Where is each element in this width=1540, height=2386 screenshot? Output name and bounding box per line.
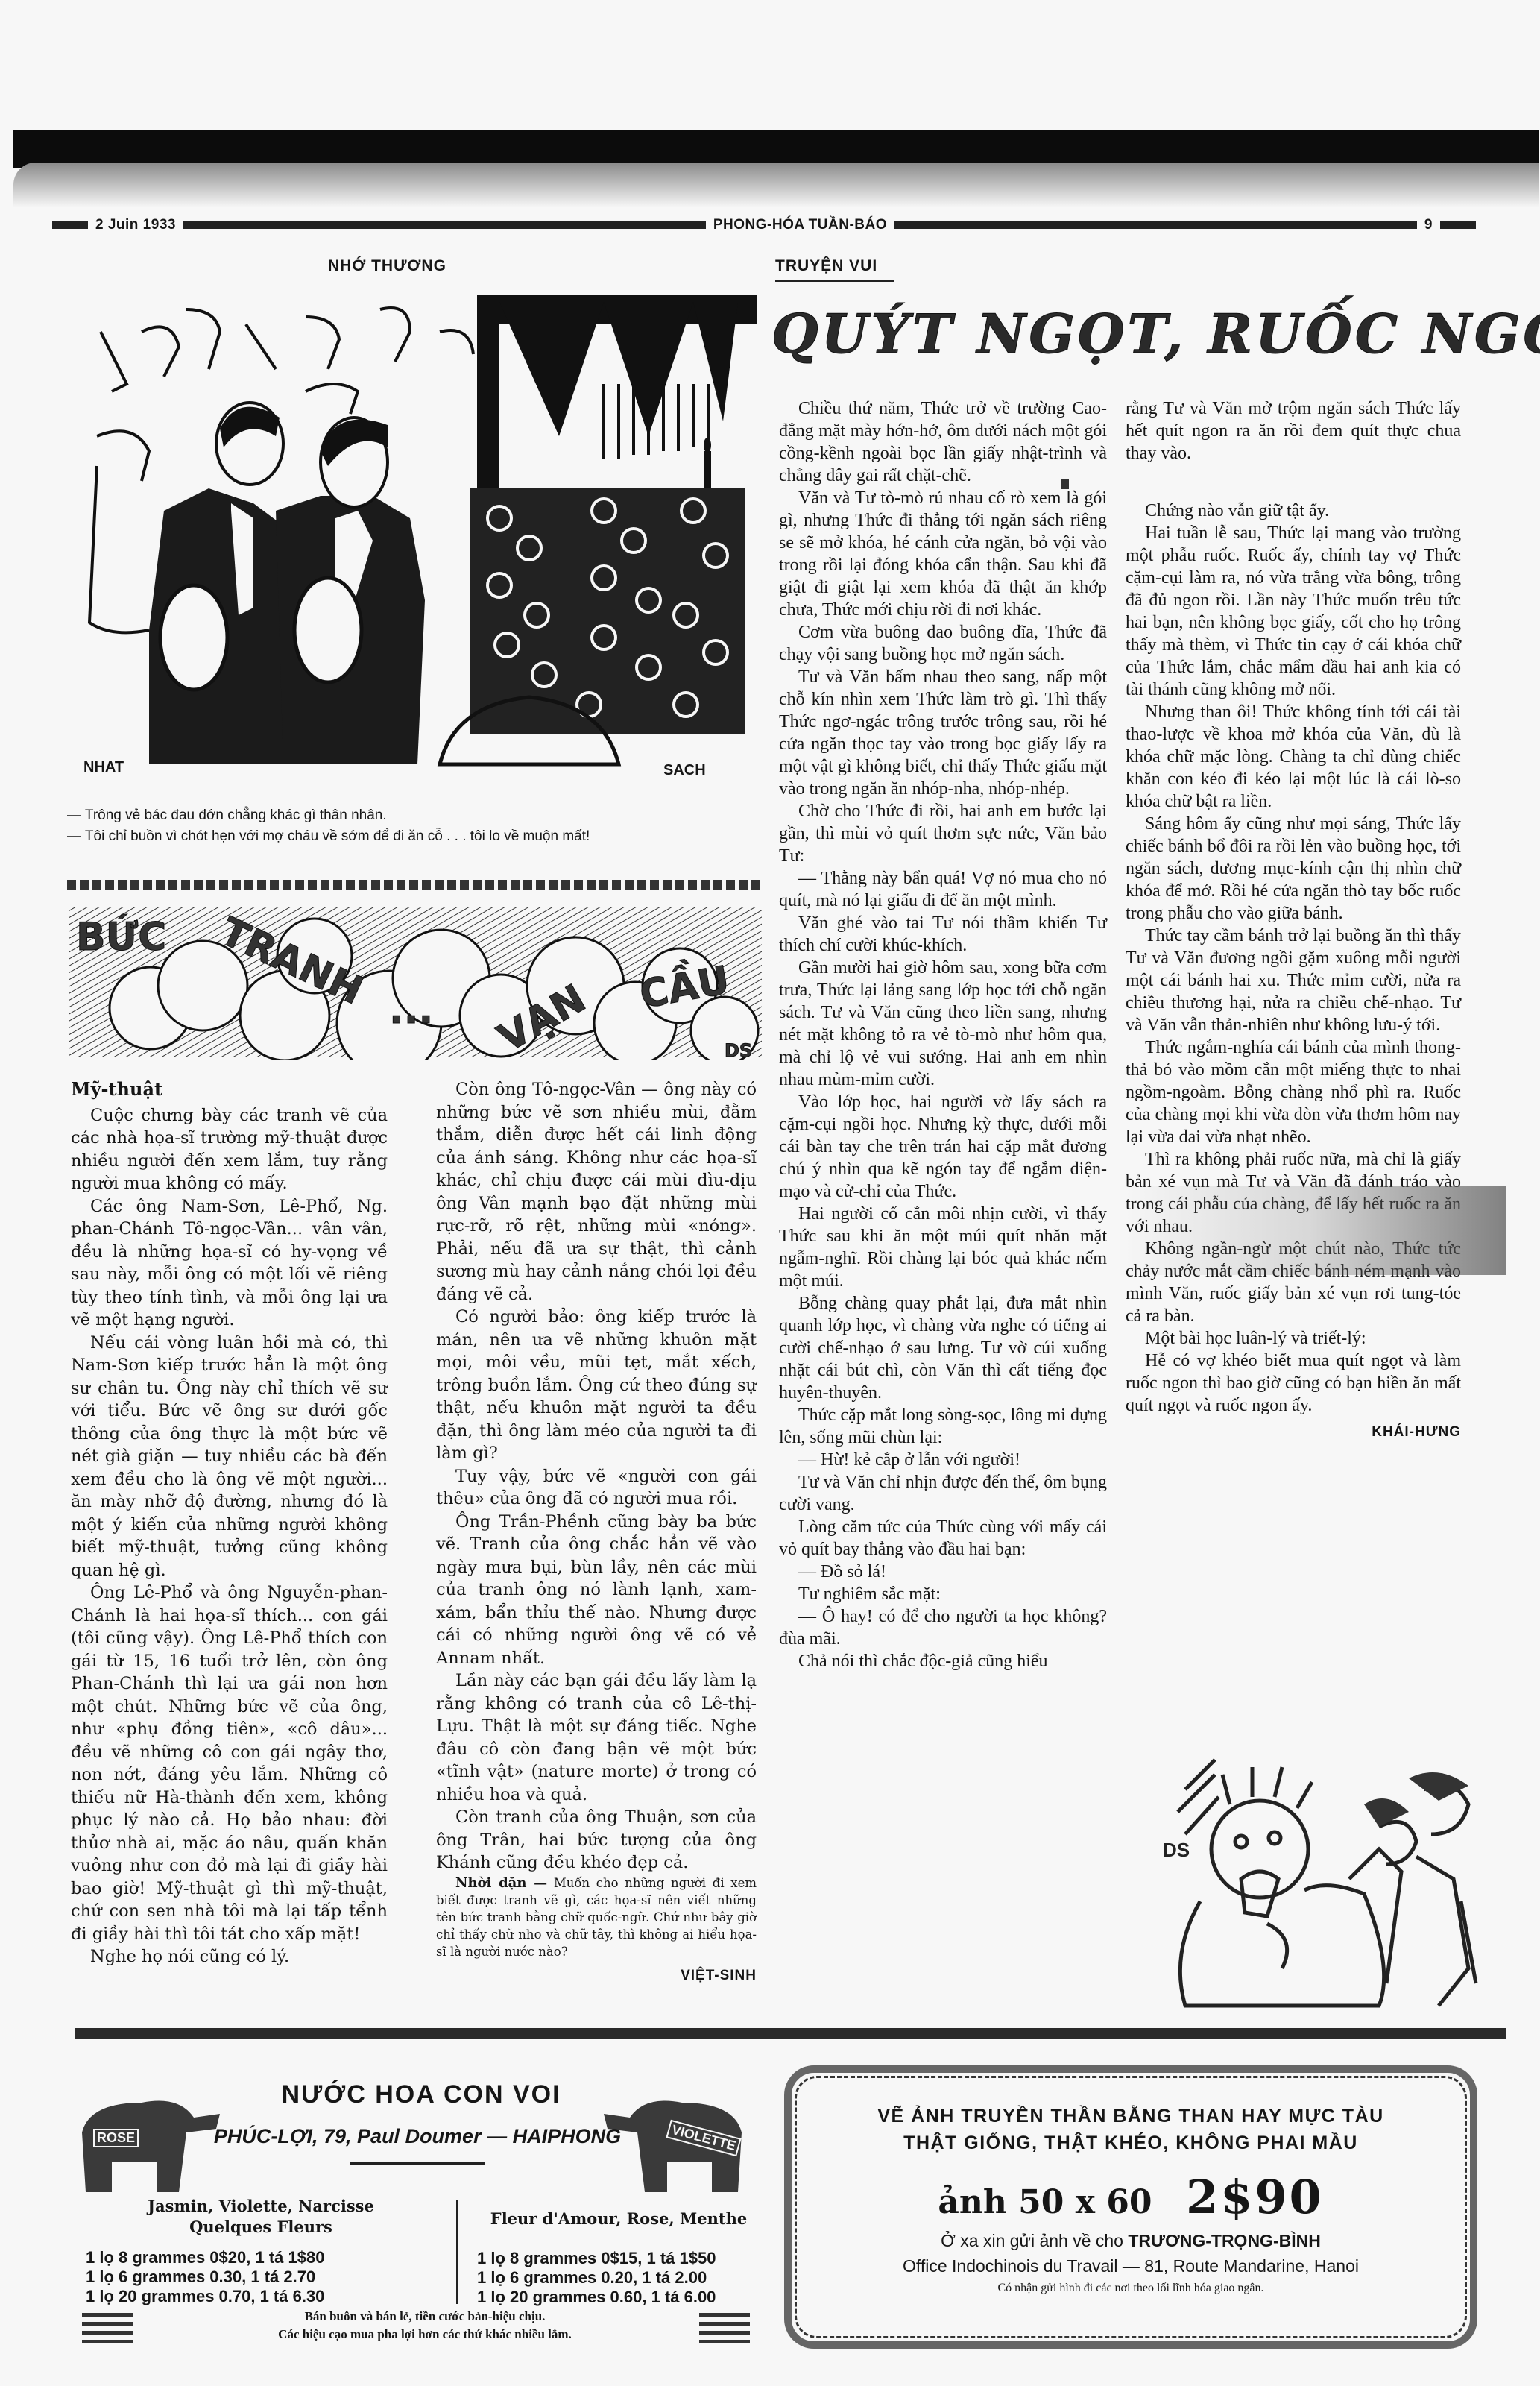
paragraph: Hễ có vợ khéo biết mua quít ngọt và làm … bbox=[1126, 1350, 1461, 1417]
portrait-price: 2$90 bbox=[1186, 2170, 1324, 2224]
art-article-column-2: Còn ông Tô-ngọc-Vân — ông này có những b… bbox=[436, 1078, 757, 1987]
contact-address: Office Indochinois du Travail — 81, Rout… bbox=[792, 2253, 1470, 2279]
story-kicker: TRUYỆN VUI bbox=[775, 257, 877, 275]
paragraph: Chứng nào vẫn giữ tật ấy. bbox=[1126, 500, 1461, 522]
scan-smudge bbox=[1118, 1186, 1506, 1275]
paragraph: Lòng căm tức của Thức cùng với mấy cái v… bbox=[779, 1516, 1107, 1561]
footer-line: Bán buôn và bán lẻ, tiền cước bản-hiệu c… bbox=[253, 2308, 596, 2326]
paragraph: — Đồ sỏ lá! bbox=[779, 1561, 1107, 1583]
perfume-ad-title: NƯỚC HOA CON VOI bbox=[261, 2080, 581, 2109]
header-rule-left bbox=[52, 221, 88, 229]
price-line: 1 lọ 20 grammes 0.70, 1 tá 6.30 bbox=[86, 2287, 436, 2306]
price-line: 1 lọ 20 grammes 0.60, 1 tá 6.00 bbox=[477, 2288, 760, 2307]
paragraph: Tuy vậy, bức vẽ «người con gái thêu» của… bbox=[436, 1465, 757, 1511]
banner-signature: DS bbox=[725, 1040, 752, 1060]
paragraph: Vào lớp học, hai người vờ lấy sách ra cặ… bbox=[779, 1091, 1107, 1203]
paragraph: Còn tranh của ông Thuận, sơn của ông Trâ… bbox=[436, 1806, 757, 1875]
perfume-prices-left: Jasmin, Violette, Narcisse Quelques Fleu… bbox=[86, 2196, 436, 2306]
perfume-advertisement: ROSE VIOLETTE NƯỚC HOA CON VOI PHÚC-LỢI,… bbox=[75, 2043, 760, 2341]
paragraph-continuation: rằng Tư và Văn mở trộm ngăn sách Thức lấ… bbox=[1126, 397, 1461, 465]
section-title: Mỹ-thuật bbox=[71, 1078, 388, 1101]
elephant-rose-icon: ROSE bbox=[75, 2088, 224, 2200]
paragraph: — Thằng này bẩn quá! Vợ nó mua cho nó qu… bbox=[779, 867, 1107, 912]
editor-note: Nhời dặn — Muốn cho những người đi xem b… bbox=[436, 1875, 757, 1960]
art-article-banner: BỨC TRANH ... VẠN CẦU DS bbox=[69, 904, 762, 1060]
cartoon-drawing bbox=[82, 287, 757, 779]
cartoon-kicker: NHỚ THƯƠNG bbox=[328, 257, 446, 275]
paragraph: Bỗng chàng quay phắt lại, đưa mắt nhìn q… bbox=[779, 1292, 1107, 1404]
story-column-1: Chiều thứ năm, Thức trở về trường Cao-đẳ… bbox=[779, 397, 1107, 1672]
decorative-bars bbox=[82, 2313, 133, 2343]
portrait-size: ảnh 50 x 60 bbox=[938, 2183, 1152, 2221]
paragraph: Các ông Nam-Sơn, Lê-Phổ, Ng. phan-Chánh … bbox=[71, 1195, 388, 1332]
ad-title-underline bbox=[350, 2162, 485, 2165]
paragraph: Một bài học luân-lý và triết-lý: bbox=[1126, 1327, 1461, 1350]
paragraph: Tư nghiêm sắc mặt: bbox=[779, 1583, 1107, 1605]
portrait-advertisement: VẼ ẢNH TRUYỀN THẦN BẰNG THAN HAY MỰC TÀU… bbox=[784, 2065, 1477, 2349]
caption-line: — Tôi chỉ buồn vì chót hẹn với mợ cháu v… bbox=[67, 826, 760, 847]
elephant-tag-rose: ROSE bbox=[93, 2129, 139, 2147]
issue-date: 2 Juin 1933 bbox=[95, 217, 176, 233]
paragraph: Chả nói thì chắc độc-giả cũng hiểu bbox=[779, 1650, 1107, 1672]
kicker-underline bbox=[775, 280, 894, 282]
paragraph: Cơm vừa buông dao buông dĩa, Thức đã chạ… bbox=[779, 621, 1107, 666]
cloud-banner-illustration: BỨC TRANH ... VẠN CẦU DS bbox=[69, 904, 762, 1060]
author-signature: VIỆT-SINH bbox=[436, 1965, 757, 1988]
banner-word: BỨC bbox=[76, 913, 166, 960]
publication-name: PHONG-HÓA TUẦN-BÁO bbox=[713, 217, 887, 233]
paragraph: Tư và Văn chỉ nhịn được đến thế, ôm bụng… bbox=[779, 1471, 1107, 1516]
decorative-bars bbox=[699, 2313, 750, 2343]
headline-line: THẬT GIỐNG, THẬT KHÉO, KHÔNG PHAI MẦU bbox=[792, 2130, 1470, 2156]
newspaper-page: 2 Juin 1933 PHONG-HÓA TUẦN-BÁO 9 NHỚ THƯ… bbox=[0, 0, 1540, 2386]
portrait-contact: Ở xa xin gửi ảnh về cho TRƯƠNG-TRỌNG-BÌN… bbox=[792, 2228, 1470, 2279]
cartoonist-signature-right: SACH bbox=[663, 762, 706, 779]
paragraph: Văn và Tư tò-mò rủ nhau cố rò xem là gói… bbox=[779, 487, 1107, 621]
running-header: 2 Juin 1933 PHONG-HÓA TUẦN-BÁO 9 bbox=[45, 214, 1483, 236]
paragraph: Tư và Văn bấm nhau theo sang, nấp một ch… bbox=[779, 666, 1107, 800]
mourning-cartoon-illustration bbox=[82, 287, 757, 779]
paragraph: Cuộc chưng bày các tranh vẽ của các nhà … bbox=[71, 1104, 388, 1195]
contact-prefix: Ở xa xin gửi ảnh về cho bbox=[941, 2231, 1123, 2250]
paragraph: Chiều thứ năm, Thức trở về trường Cao-đẳ… bbox=[779, 397, 1107, 487]
portrait-price-row: ảnh 50 x 60 2$90 bbox=[792, 2170, 1470, 2224]
paragraph: Hai tuần lễ sau, Thức lại mang vào trườn… bbox=[1126, 522, 1461, 701]
cartoon-caption: — Trông vẻ bác đau đớn chẳng khác gì thâ… bbox=[67, 805, 760, 847]
paragraph: — Hừ! kẻ cắp ở lẫn với người! bbox=[779, 1449, 1107, 1471]
section-break-ornament bbox=[1061, 479, 1069, 489]
paragraph: Gần mười hai giờ hôm sau, xong bữa cơm t… bbox=[779, 957, 1107, 1091]
paragraph: Văn ghé vào tai Tư nói thầm khiến Tư thí… bbox=[779, 912, 1107, 957]
story-column-2: rằng Tư và Văn mở trộm ngăn sách Thức lấ… bbox=[1126, 397, 1461, 465]
cartoonist-signature-left: NHAT bbox=[83, 759, 124, 776]
paragraph: Nếu cái vòng luân hồi mà có, thì Nam-Sơn… bbox=[71, 1332, 388, 1582]
paragraph: Chờ cho Thức đi rồi, hai anh em bước lại… bbox=[779, 800, 1107, 867]
header-rule bbox=[894, 221, 1417, 229]
price-line: 1 lọ 6 grammes 0.20, 1 tá 2.00 bbox=[477, 2268, 760, 2288]
ads-divider bbox=[75, 2028, 1506, 2039]
perfume-prices-right: Fleur d'Amour, Rose, Menthe 1 lọ 8 gramm… bbox=[477, 2209, 760, 2307]
page-number: 9 bbox=[1424, 217, 1433, 233]
price-line: 1 lọ 8 grammes 0$15, 1 tá 1$50 bbox=[477, 2249, 760, 2268]
story-title: QUÝT NGỌT, RUỐC NGON bbox=[771, 302, 1480, 384]
scent-list: Quelques Fleurs bbox=[86, 2217, 436, 2238]
contact-name: TRƯƠNG-TRỌNG-BÌNH bbox=[1128, 2231, 1320, 2250]
footer-line: Các hiệu cạo mua pha lợi hơn các thứ khá… bbox=[253, 2326, 596, 2343]
paragraph: Nhưng than ôi! Thức không tính tới cái t… bbox=[1126, 701, 1461, 813]
art-article-column-1: Mỹ-thuật Cuộc chưng bày các tranh vẽ của… bbox=[71, 1078, 388, 1968]
author-signature: KHÁI-HƯNG bbox=[1126, 1421, 1461, 1444]
paragraph: Thức ngắm-nghía cái bánh của mình thong-… bbox=[1126, 1036, 1461, 1148]
portrait-ad-note: Có nhận gửi hình đi các nơi theo lối lĩn… bbox=[792, 2282, 1470, 2295]
cartoon-signature: DS bbox=[1163, 1839, 1190, 1861]
paragraph: Có người bảo: ông kiếp trước là mán, nên… bbox=[436, 1306, 757, 1465]
paragraph: Ông Lê-Phổ và ông Nguyễn-phan-Chánh là h… bbox=[71, 1581, 388, 1945]
paragraph: Sáng hôm ấy cũng như mọi sáng, Thức lấy … bbox=[1126, 813, 1461, 925]
paragraph: Còn ông Tô-ngọc-Vân — ông này có những b… bbox=[436, 1078, 757, 1306]
paragraph: Thức tay cầm bánh trở lại buồng ăn thì t… bbox=[1126, 925, 1461, 1036]
banner-word: ... bbox=[389, 988, 433, 1033]
header-rule bbox=[183, 221, 706, 229]
story-column-2b: Chứng nào vẫn giữ tật ấy. Hai tuần lễ sa… bbox=[1126, 500, 1461, 1444]
caption-line: — Trông vẻ bác đau đớn chẳng khác gì thâ… bbox=[67, 805, 760, 826]
price-line: 1 lọ 8 grammes 0$20, 1 tá 1$80 bbox=[86, 2248, 436, 2267]
paragraph: Thức cặp mắt long sòng-sọc, lông mi dựng… bbox=[779, 1404, 1107, 1449]
ornamental-divider bbox=[67, 880, 760, 890]
headline-line: VẼ ẢNH TRUYỀN THẦN BẰNG THAN HAY MỰC TÀU bbox=[792, 2103, 1470, 2130]
story-cartoon-illustration: DS bbox=[1155, 1745, 1491, 2013]
paragraph: Ông Trần-Phềnh cũng bày ba bức vẽ. Tranh… bbox=[436, 1511, 757, 1670]
scent-list: Fleur d'Amour, Rose, Menthe bbox=[477, 2209, 760, 2229]
paragraph: Nghe họ nói cũng có lý. bbox=[71, 1945, 388, 1968]
portrait-ad-headline: VẼ ẢNH TRUYỀN THẦN BẰNG THAN HAY MỰC TÀU… bbox=[792, 2103, 1470, 2156]
price-line: 1 lọ 6 grammes 0.30, 1 tá 2.70 bbox=[86, 2267, 436, 2287]
note-label: Nhời dặn — bbox=[455, 1875, 547, 1891]
spitting-man-drawing: DS bbox=[1155, 1745, 1491, 2013]
paragraph: Lần này các bạn gái đều lấy làm lạ rằng … bbox=[436, 1669, 757, 1806]
scent-list: Jasmin, Violette, Narcisse bbox=[86, 2196, 436, 2217]
paragraph: Hai người cố cắn môi nhịn cười, vì thấy … bbox=[779, 1203, 1107, 1292]
header-rule-right bbox=[1440, 221, 1476, 229]
column-divider bbox=[456, 2200, 458, 2304]
perfume-ad-address: PHÚC-LỢI, 79, Paul Doumer — HAIPHONG bbox=[209, 2125, 626, 2148]
paragraph: — Ô hay! có để cho người ta học không? đ… bbox=[779, 1605, 1107, 1650]
perfume-ad-footer: Bán buôn và bán lẻ, tiền cước bản-hiệu c… bbox=[253, 2308, 596, 2343]
